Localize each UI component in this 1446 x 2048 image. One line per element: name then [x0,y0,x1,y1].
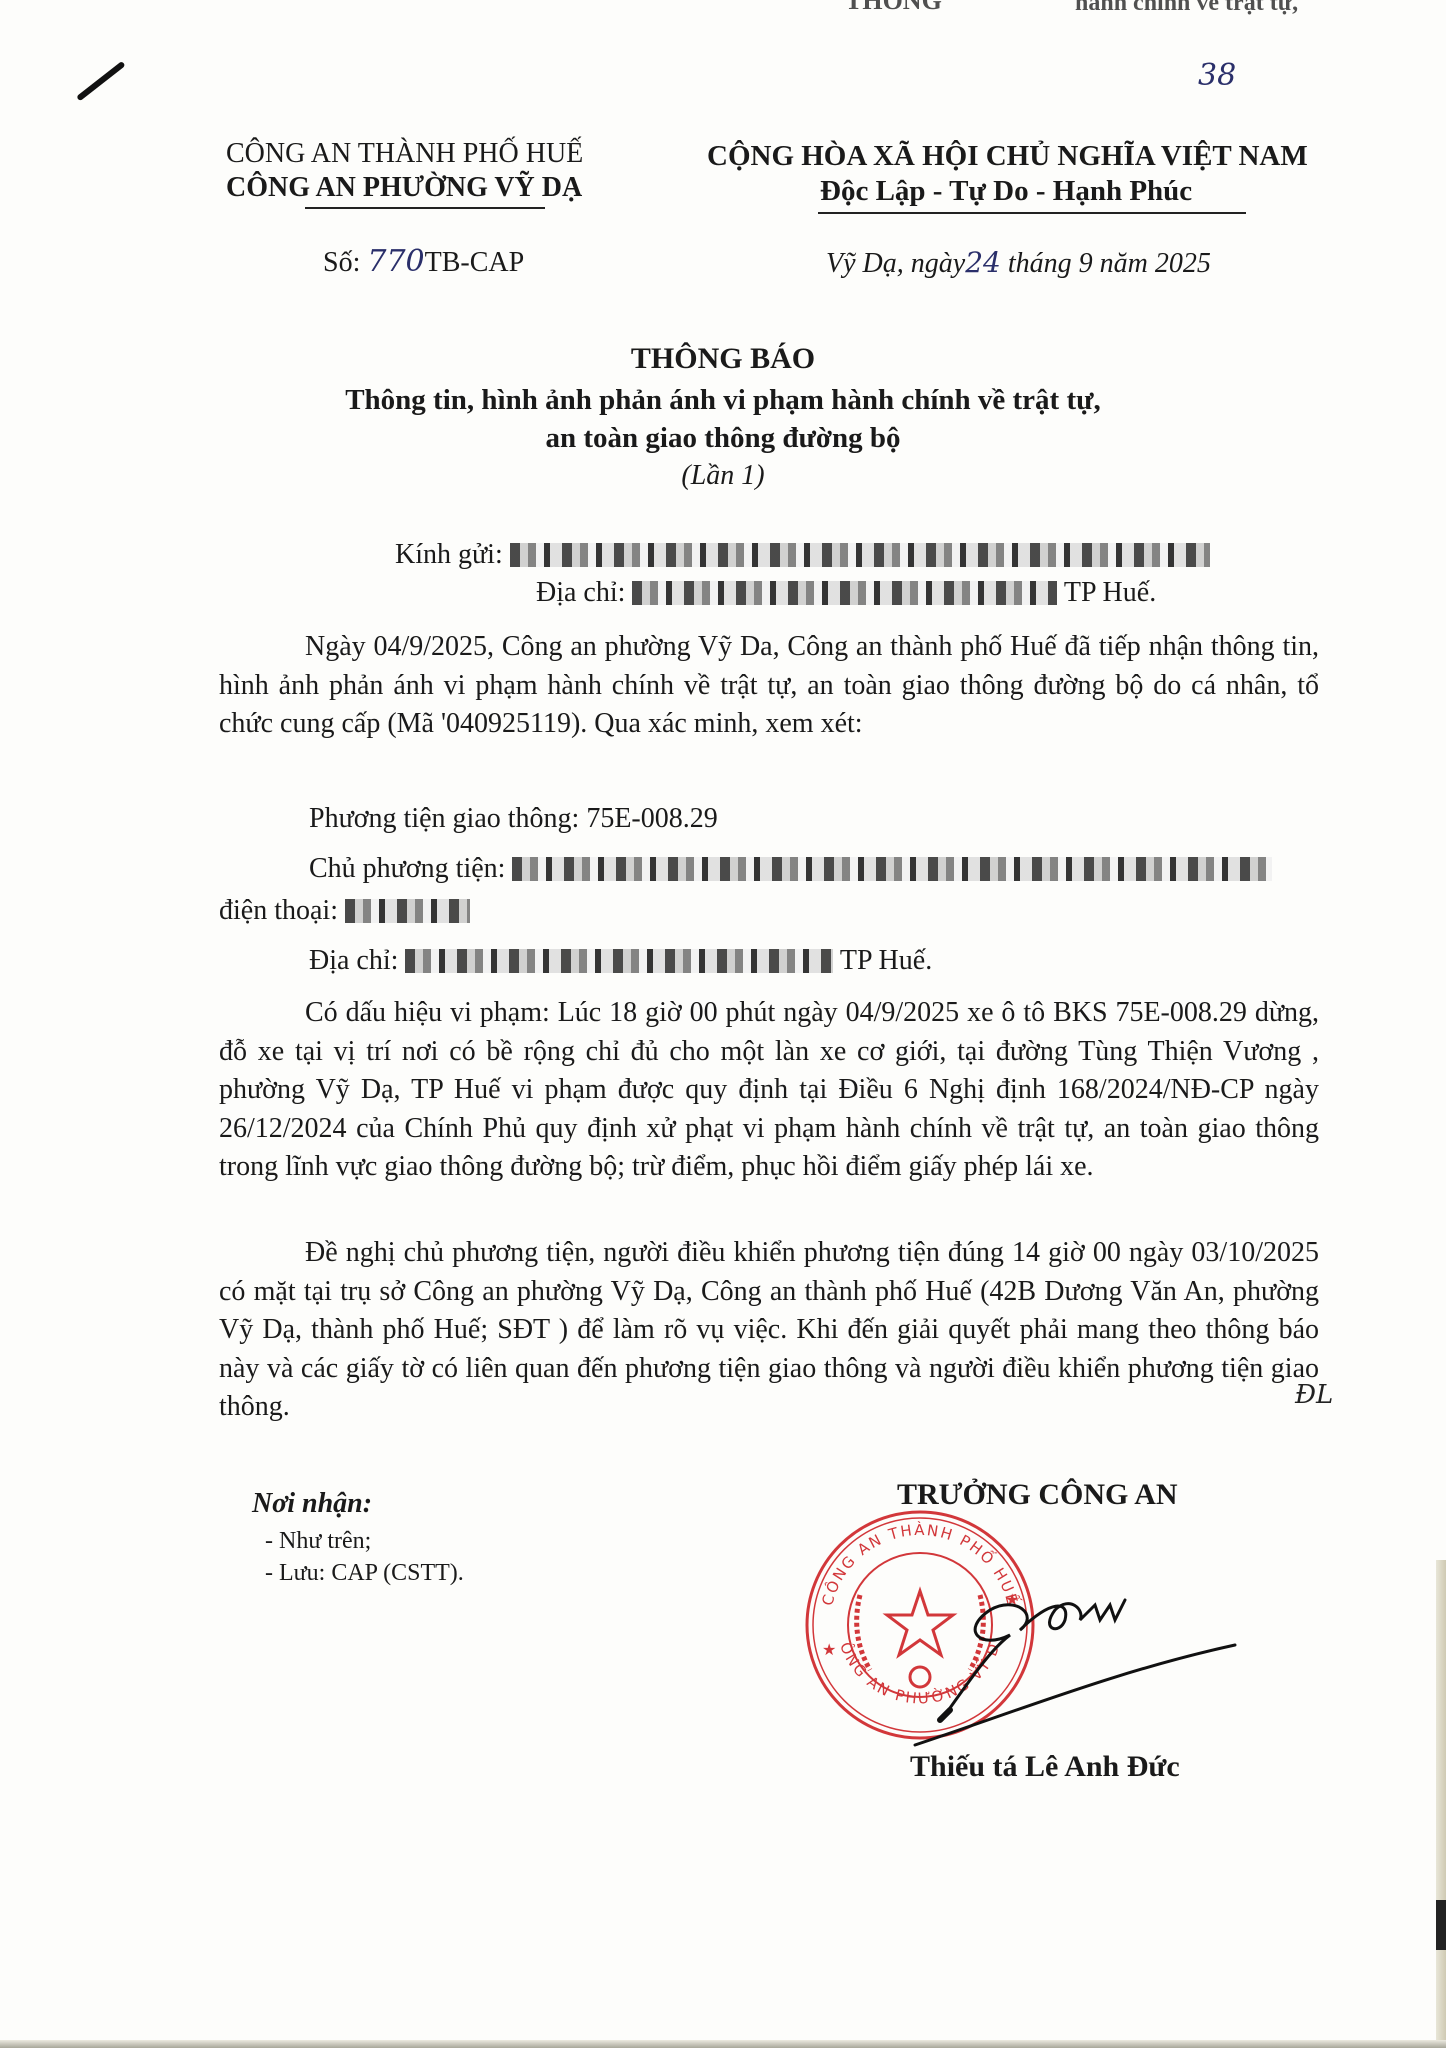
request-text: Đề nghị chủ phương tiện, người điều khiể… [219,1237,1319,1422]
place-date: Vỹ Dạ, ngày24 tháng 9 năm 2025 [826,246,1211,280]
bleed-through-text-right: hành chính về trật tự, [1075,0,1298,17]
intro-text: Ngày 04/9/2025, Công an phường Vỹ Da, Cô… [219,631,1319,739]
doc-number-suffix: TB-CAP [425,247,525,278]
agency-parent: CÔNG AN THÀNH PHỐ HUẾ [226,138,583,170]
addressee-line: Kính gửi: [395,536,1210,574]
bleed-through-text-left: THÔNG [845,0,942,16]
place-date-day-handwritten: 24 [965,246,1001,279]
redacted-addressee-address [632,581,1057,605]
document-title: THÔNG BÁO [0,342,1446,376]
owner-address-label: Địa chỉ: [309,945,398,976]
national-motto: Độc Lập - Tự Do - Hạnh Phúc [820,175,1192,208]
agency-name: CÔNG AN PHƯỜNG VỸ DẠ [226,172,582,204]
addressee-address-label: Địa chỉ: [536,577,625,608]
document-subtitle-line1: Thông tin, hình ảnh phản ánh vi phạm hàn… [0,384,1446,417]
handwritten-initials-mark: ĐL [1295,1380,1333,1410]
pen-stroke-mark [76,61,125,101]
place-date-suffix: tháng 9 năm 2025 [1001,248,1211,279]
recipients-title: Nơi nhận: [252,1488,372,1520]
request-paragraph: Đề nghị chủ phương tiện, người điều khiể… [219,1234,1319,1427]
recipient-item: - Như trên; [265,1528,371,1555]
handwritten-page-number: 38 [1198,58,1236,93]
redacted-owner-address [405,949,833,973]
redacted-owner-name [512,857,1272,881]
owner-label: Chủ phương tiện: [309,853,505,884]
signature-icon [900,1560,1240,1750]
addressee-label: Kính gửi: [395,539,503,570]
addressee-address-suffix: TP Huế. [1064,577,1156,608]
addressee-address-line: Địa chỉ: TP Huế. [536,574,1156,612]
nation-title: CỘNG HÒA XÃ HỘI CHỦ NGHĨA VIỆT NAM [707,140,1308,173]
violation-text: Có dấu hiệu vi phạm: Lúc 18 giờ 00 phút … [219,997,1319,1182]
place-date-prefix: Vỹ Dạ, ngày [826,248,965,279]
vehicle-label: Phương tiện giao thông: [309,803,579,834]
paper-edge-right [1436,1560,1446,2048]
redacted-phone [345,899,470,923]
svg-text:★: ★ [822,1642,836,1659]
intro-paragraph: Ngày 04/9/2025, Công an phường Vỹ Da, Cô… [219,628,1319,744]
redacted-addressee-name [510,543,1210,567]
signer-name: Thiếu tá Lê Anh Đức [910,1750,1180,1784]
vehicle-plate: 75E-008.29 [586,803,717,834]
vehicle-line: Phương tiện giao thông: 75E-008.29 [309,800,718,838]
phone-label: điện thoại: [219,895,338,926]
document-round: (Lần 1) [0,460,1446,492]
doc-number-handwritten: 770 [367,244,424,279]
document-subtitle-line2: an toàn giao thông đường bộ [0,422,1446,455]
violation-paragraph: Có dấu hiệu vi phạm: Lúc 18 giờ 00 phút … [219,994,1319,1187]
document-page: THÔNG hành chính về trật tự, 38 CÔNG AN … [0,0,1446,2048]
owner-address-line: Địa chỉ: TP Huế. [309,942,932,980]
agency-underline [305,207,545,209]
doc-number-prefix: Số: [323,247,367,278]
document-number: Số: 770TB-CAP [323,244,524,279]
paper-edge-bottom [0,2040,1446,2048]
owner-line: Chủ phương tiện: [309,850,1272,888]
motto-underline [818,212,1246,214]
owner-address-suffix: TP Huế. [840,945,932,976]
phone-line: điện thoại: [219,892,470,930]
recipient-item: - Lưu: CAP (CSTT). [265,1560,464,1587]
